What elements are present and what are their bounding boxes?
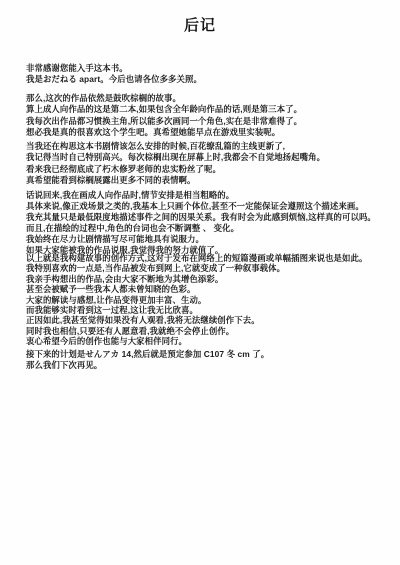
text-line: 算上成人向作品的这是第二本,如果包含全年龄向作品的话,则是第三本了。 xyxy=(26,104,394,115)
text-line: 我始终在尽力让剧情描写尽可能地具有说服力。 xyxy=(26,234,394,245)
text-line: 我每次出作品都习惯换主角,所以能多次画同一个角色,实在是非常难得了。 xyxy=(26,116,394,127)
afterword-paragraph-closing: 接下来的计划是せんアカ 14,然后就是预定参加 C107 冬 cm 了。 那么我… xyxy=(26,349,394,372)
text-line: 而且,在描绘的过程中,角色的台词也会不断调整 、 变化。 xyxy=(26,223,394,234)
afterword-paragraph-greeting: 非常感谢您能入手这本书。 我是おだねる apart。今后也请各位多多关照。 xyxy=(26,63,394,86)
afterword-paragraph-philosophy: 以上就是我构建故事的创作方式,这对于发布在网络上的短篇漫画或单幅插图来说也是如此… xyxy=(26,253,394,347)
text-line: 衷心希望今后的创作也能与大家相伴同行。 xyxy=(26,336,394,346)
text-line: 具体来说,像正戏场景之类的,我基本上只画个体位,甚至不一定能保证会遵照这个描述来… xyxy=(26,201,394,212)
text-line: 我是おだねる apart。今后也请各位多多关照。 xyxy=(26,74,394,85)
text-line: 我亲手构想出的作品,会由大家不断地为其增色添彩。 xyxy=(26,274,394,284)
text-line: 非常感谢您能入手这本书。 xyxy=(26,63,394,74)
text-line: 同时我也相信,只要还有人愿意看,我就绝不会停止创作。 xyxy=(26,326,394,336)
text-line: 接下来的计划是せんアカ 14,然后就是预定参加 C107 冬 cm 了。 xyxy=(26,349,394,360)
text-line: 看来我已经彻底成了朽木修罗老师的忠实粉丝了呢。 xyxy=(26,164,394,175)
text-line: 想必我是真的很喜欢这个学生吧。真希望她能早点在游戏里实装呢。 xyxy=(26,127,394,138)
text-line: 而我能够实时看到这一过程,这让我无比欣喜。 xyxy=(26,305,394,315)
text-line: 真希望能看到棕榈展露出更多不同的表情啊。 xyxy=(26,175,394,186)
text-line: 我记得当时自己特别高兴。每次棕榈出现在屏幕上时,我都会不自觉地扬起嘴角。 xyxy=(26,152,394,163)
text-line: 我充其量只是最低限度地描述事件之间的因果关系。我有时会为此感到烦恼,这样真的可以… xyxy=(26,212,394,223)
afterword-paragraph-story-update: 当我还在构思这本书剧情该怎么安排的时候,百花缭乱篇的主线更新了, 我记得当时自己… xyxy=(26,141,394,187)
text-line: 以上就是我构建故事的创作方式,这对于发布在网络上的短篇漫画或单幅插图来说也是如此… xyxy=(26,253,394,263)
text-line: 当我还在构思这本书剧情该怎么安排的时候,百花缭乱篇的主线更新了, xyxy=(26,141,394,152)
text-line: 甚至会被赋予一些我本人都未曾知晓的色彩。 xyxy=(26,284,394,294)
text-line: 那么我们下次再见。 xyxy=(26,360,394,371)
afterword-page: 后记 非常感谢您能入手这本书。 我是おだねる apart。今后也请各位多多关照。… xyxy=(0,0,400,565)
afterword-paragraph-work-intro: 那么,这次的作品依然是鼓吹棕榈的故事。 算上成人向作品的这是第二本,如果包含全年… xyxy=(26,93,394,139)
text-line: 那么,这次的作品依然是鼓吹棕榈的故事。 xyxy=(26,93,394,104)
text-line: 话说回来,我在画成人向作品时,情节安排是相当粗略的。 xyxy=(26,190,394,201)
text-line: 我特别喜欢的一点是,当作品被发布到网上,它就变成了一种叙事载体。 xyxy=(26,263,394,273)
page-title: 后记 xyxy=(0,14,400,35)
text-line: 大家的解读与感想,让作品变得更加丰富、生动。 xyxy=(26,295,394,305)
afterword-paragraph-process: 话说回来,我在画成人向作品时,情节安排是相当粗略的。 具体来说,像正戏场景之类的… xyxy=(26,190,394,255)
text-line: 正因如此,我甚至觉得如果没有人观看,我将无法继续创作下去。 xyxy=(26,315,394,325)
